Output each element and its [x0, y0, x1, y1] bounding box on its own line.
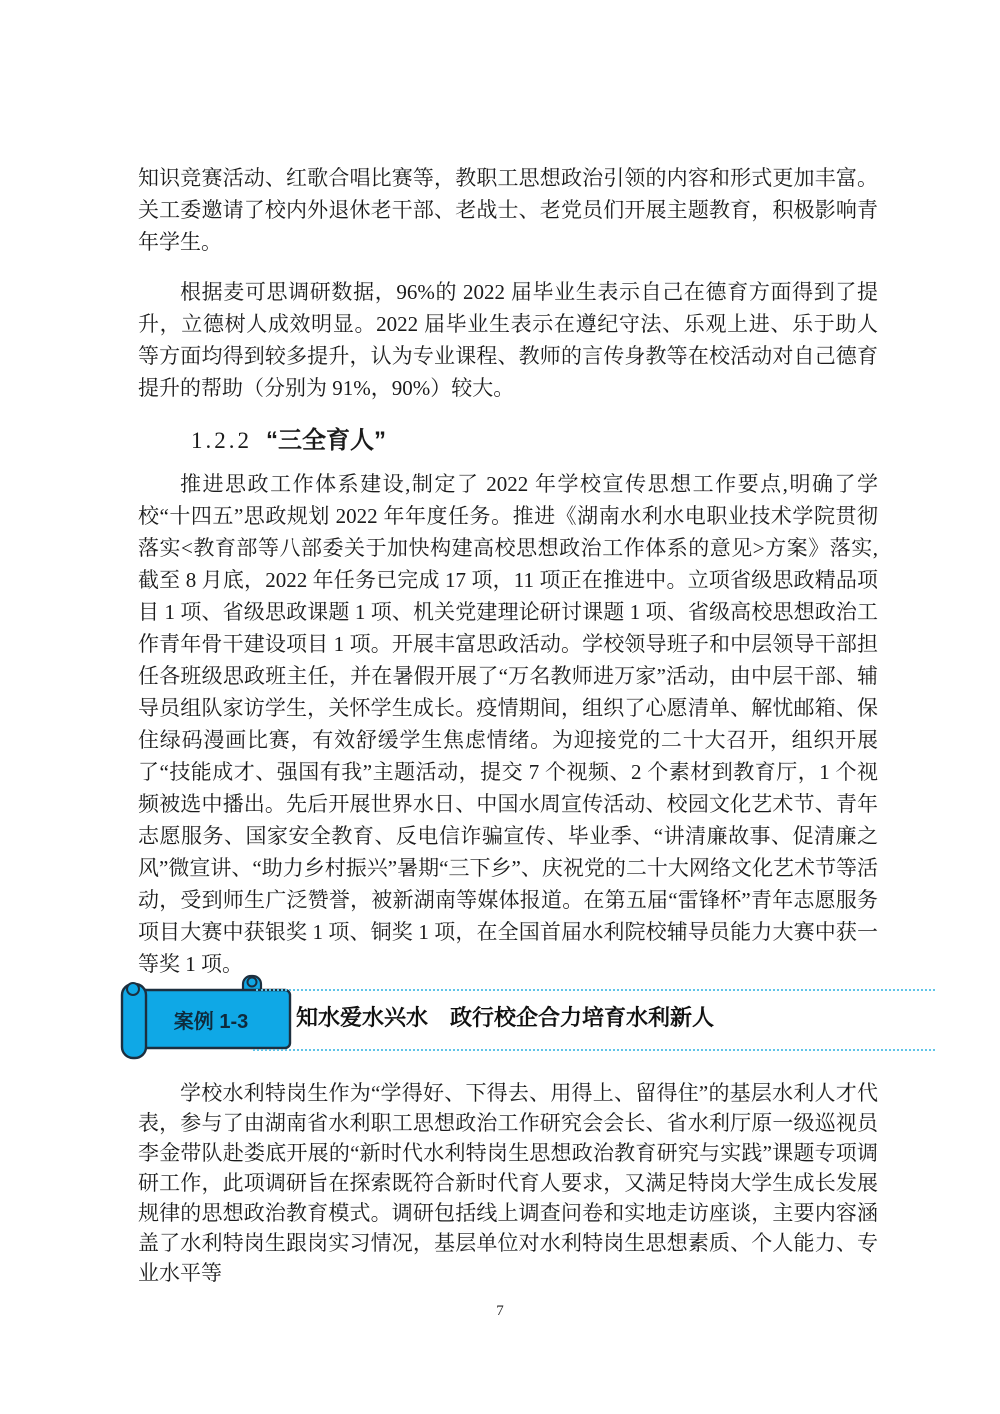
section-heading: 1.2.2“三全育人” — [138, 420, 878, 455]
section-heading-title: “三全育人” — [266, 427, 386, 454]
paragraph-survey-data: 根据麦可思调研数据，96%的 2022 届毕业生表示自己在德育方面得到了提升，立… — [138, 276, 878, 404]
case-body-paragraph: 学校水利特岗生作为“学得好、下得去、用得上、留得住”的基层水利人才代表，参与了由… — [138, 1078, 878, 1288]
paragraph-ideology-work: 推进思政工作体系建设,制定了 2022 年学校宣传思想工作要点,明确了学校“十四… — [138, 468, 878, 980]
case-title: 知水爱水兴水 政行校企合力培育水利新人 — [296, 1001, 714, 1032]
paragraph-continuation: 知识竞赛活动、红歌合唱比赛等，教职工思想政治引领的内容和形式更加丰富。关工委邀请… — [138, 162, 878, 258]
case-label: 案例 1-3 — [132, 1005, 290, 1034]
page-number: 7 — [0, 1303, 1000, 1320]
scroll-curl-knob — [248, 978, 257, 987]
dotted-divider-top — [256, 989, 935, 991]
dotted-divider-bottom — [253, 1049, 935, 1051]
section-heading-number: 1.2.2 — [138, 428, 252, 453]
case-banner: 案例 1-3 知水爱水兴水 政行校企合力培育水利新人 — [138, 974, 938, 1066]
scroll-tube-knob — [127, 983, 139, 995]
